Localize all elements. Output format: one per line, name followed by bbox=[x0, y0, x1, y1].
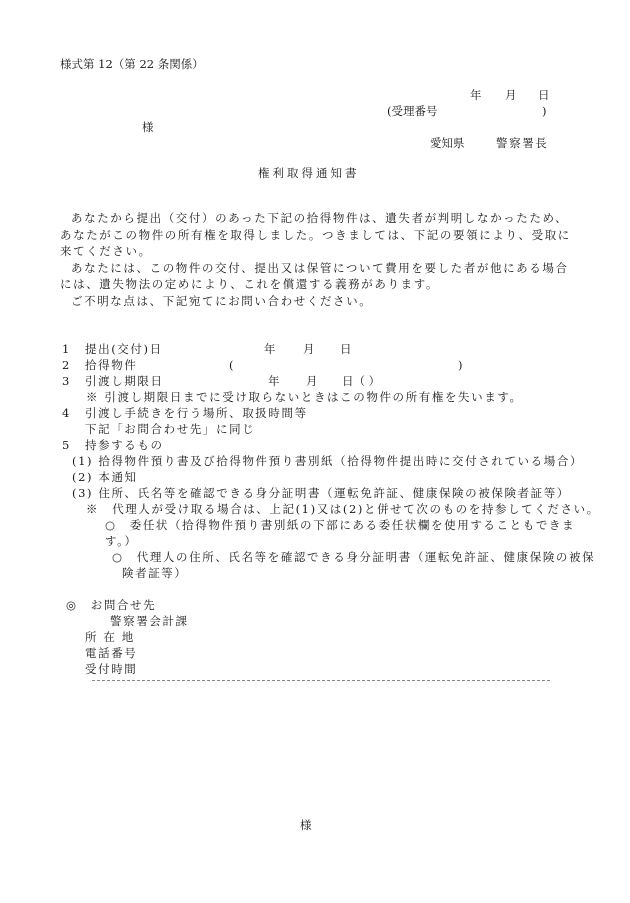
item-month: 月 bbox=[303, 342, 315, 357]
form-number: 様式第 12（第 22 条関係） bbox=[60, 57, 204, 72]
body-line: ご不明な点は、下記宛てにお問い合わせください。 bbox=[71, 294, 372, 309]
issuer-prefecture: 愛知県 bbox=[430, 136, 465, 151]
sub-item: (1) 拾得物件預り書及び拾得物件預り書別紙（拾得物件提出時に交付されている場合… bbox=[72, 454, 583, 469]
item-label: 引渡し手続きを行う場所、取扱時間等 bbox=[85, 406, 308, 421]
item-day: 日 bbox=[340, 342, 352, 357]
item-detail: 下記「お問合わせ先」に同じ bbox=[85, 422, 255, 437]
item-label: 拾得物件 bbox=[85, 358, 137, 373]
body-line: あなたから提出（交付）のあった下記の拾得物件は、遺失者が判明しなかったため、 bbox=[71, 211, 568, 226]
item-number: 5 bbox=[62, 438, 69, 453]
item-note: ※ 引渡し期限日までに受け取らないときはこの物件の所有権を失います。 bbox=[86, 390, 523, 405]
contact-heading: ◎ お問合せ先 bbox=[66, 598, 156, 613]
item-day: 日（ ） bbox=[342, 374, 380, 389]
item-year: 年 bbox=[264, 342, 276, 357]
date-day: 日 bbox=[538, 88, 550, 103]
addressee-suffix: 様 bbox=[142, 120, 154, 135]
proxy-item: ○ 代理人の住所、氏名等を確認できる身分証明書（運転免許証、健康保険の被保 bbox=[112, 550, 595, 565]
date-month: 月 bbox=[505, 88, 517, 103]
date-year: 年 bbox=[470, 88, 482, 103]
contact-department: 警察署会計課 bbox=[110, 614, 189, 629]
document-title: 権利取得通知書 bbox=[258, 166, 360, 181]
body-line: には、遺失物法の定めにより、これを償還する義務があります。 bbox=[60, 277, 439, 292]
issuer-chief: 警察署長 bbox=[496, 136, 548, 151]
contact-hours-label: 受付時間 bbox=[85, 662, 137, 677]
proxy-item-cont: す。） bbox=[105, 534, 138, 549]
body-line: 来てください。 bbox=[60, 244, 152, 259]
item-label: 引渡し期限日 bbox=[85, 374, 164, 389]
receipt-number-label: (受理番号 bbox=[387, 104, 438, 119]
item-month: 月 bbox=[306, 374, 318, 389]
item-number: 1 bbox=[62, 342, 69, 357]
proxy-note: ※ 代理人が受け取る場合は、上記(1)又は(2)と併せて次のものを持参してくださ… bbox=[86, 502, 600, 517]
footer-addressee-suffix: 様 bbox=[300, 818, 312, 833]
contact-address-label: 所 在 地 bbox=[85, 630, 135, 645]
contact-phone-label: 電話番号 bbox=[85, 646, 137, 661]
item-year: 年 bbox=[268, 374, 280, 389]
item-number: 3 bbox=[62, 374, 69, 389]
item-label: 提出(交付)日 bbox=[85, 342, 163, 357]
receipt-number-close: ) bbox=[542, 104, 547, 119]
item-label: 持参するもの bbox=[85, 438, 164, 453]
sub-item: (2) 本通知 bbox=[72, 470, 138, 485]
body-line: あなたがこの物件の所有権を取得しました。つきましては、下記の要領により、受取に bbox=[60, 228, 571, 243]
item-number: 4 bbox=[62, 406, 69, 421]
sub-item: (3) 住所、氏名等を確認できる身分証明書（運転免許証、健康保険の被保険者証等） bbox=[72, 486, 570, 501]
proxy-item-cont: 険者証等） bbox=[122, 566, 188, 581]
item-number: 2 bbox=[62, 358, 69, 373]
item-paren-close: ) bbox=[458, 358, 463, 373]
item-paren-open: ( bbox=[229, 358, 234, 373]
dashed-divider bbox=[92, 680, 550, 681]
proxy-item: ○ 委任状（拾得物件預り書別紙の下部にある委任状欄を使用することもできま bbox=[105, 518, 575, 533]
body-line: あなたには、この物件の交付、提出又は保管について費用を要した者が他にある場合 bbox=[71, 261, 569, 276]
